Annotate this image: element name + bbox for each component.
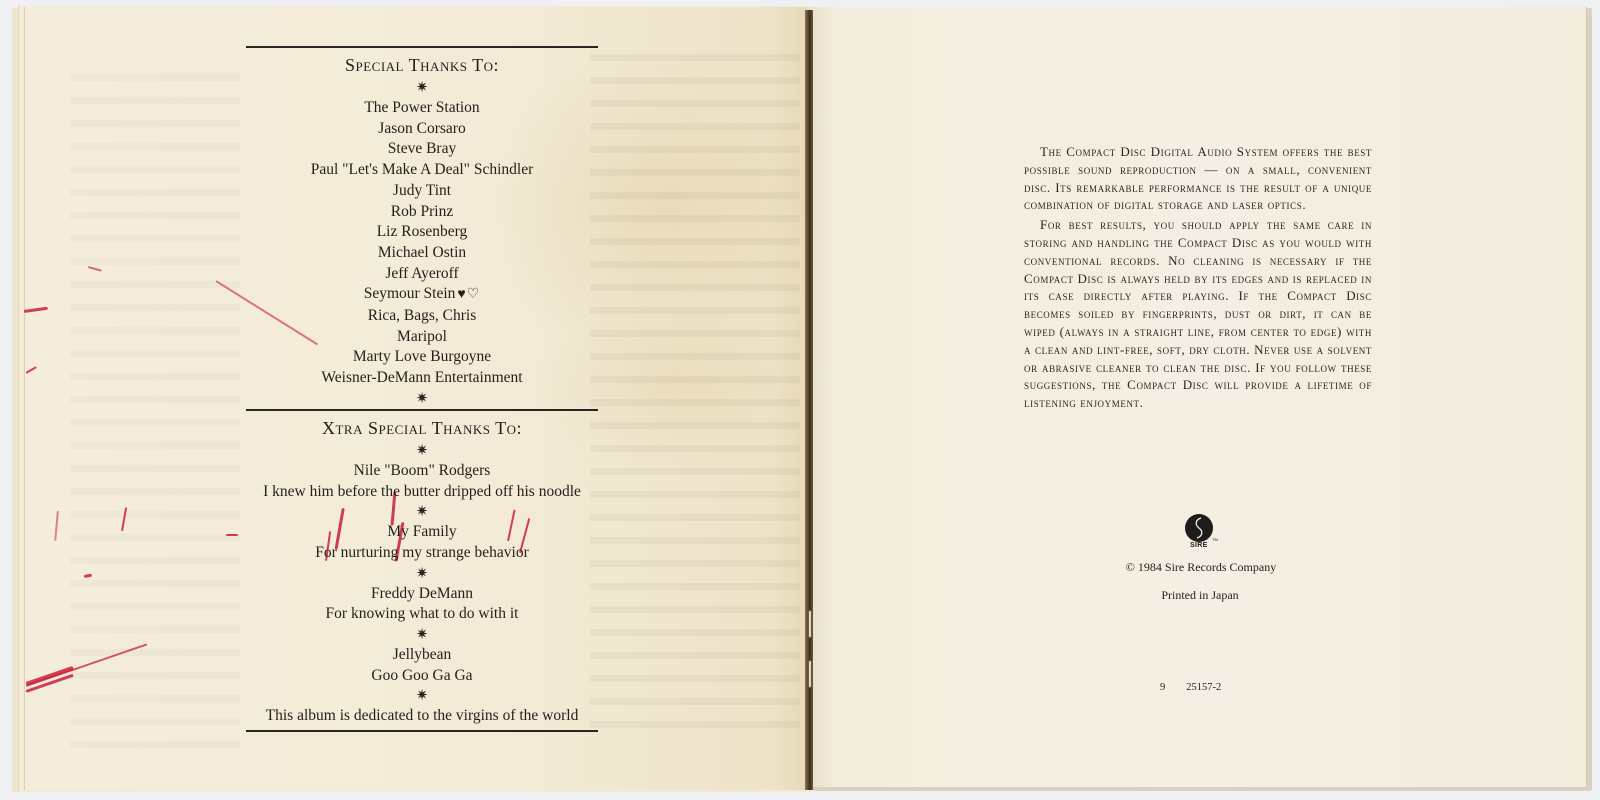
red-ink-mark [226, 534, 238, 536]
catalog-code: 25157-2 [1186, 682, 1221, 693]
xtra-credit-note: Goo Goo Ga Ga [246, 666, 598, 687]
bottom-rule [246, 730, 598, 732]
credit-name: Judy Tint [246, 181, 598, 202]
catalog-number: 9 25157-2 [1160, 682, 1221, 693]
catalog-prefix: 9 [1160, 682, 1165, 693]
star-separator-icon: ✷ [246, 686, 598, 706]
trademark-mark: TM [1212, 537, 1218, 542]
xtra-credit-note: For knowing what to do with it [246, 604, 598, 625]
star-separator-icon: ✷ [246, 78, 598, 98]
credit-name: Rica, Bags, Chris [246, 306, 598, 327]
credit-name: Seymour Stein [364, 285, 456, 302]
xtra-special-thanks-heading: Xtra Special Thanks To: [246, 415, 598, 441]
bleed-through-region [70, 60, 240, 750]
special-thanks-heading: Special Thanks To: [246, 52, 598, 78]
xtra-credit-name: Jellybean [246, 645, 598, 666]
staple [808, 660, 812, 688]
credit-name: Maripol [246, 327, 598, 348]
credit-name: Jeff Ayeroff [246, 264, 598, 285]
hearts-icon: ♥♡ [457, 287, 480, 302]
credit-name: Marty Love Burgoyne [246, 347, 598, 368]
sire-logo-label: SIRE [1190, 542, 1208, 549]
dedication: This album is dedicated to the virgins o… [246, 706, 598, 727]
cd-booklet-spread: Special Thanks To: ✷ The Power Station J… [0, 0, 1600, 800]
info-paragraph: The Compact Disc Digital Audio System of… [1024, 143, 1372, 214]
credits-block: Special Thanks To: ✷ The Power Station J… [246, 46, 598, 732]
compact-disc-care-text: The Compact Disc Digital Audio System of… [1024, 143, 1372, 412]
top-rule [246, 46, 598, 48]
credit-name: Paul "Let's Make A Deal" Schindler [246, 160, 598, 181]
copyright-notice: © 1984 Sire Records Company [1120, 560, 1282, 575]
star-separator-icon: ✷ [246, 625, 598, 645]
info-paragraph: For best results, you should apply the s… [1024, 216, 1372, 412]
credit-name: Weisner-DeMann Entertainment [246, 368, 598, 389]
xtra-credit-name: Nile "Boom" Rodgers [246, 461, 598, 482]
sire-logo-icon [1185, 514, 1213, 542]
section-rule [246, 409, 598, 411]
xtra-credit-note: I knew him before the butter dripped off… [246, 482, 598, 503]
credit-name: The Power Station [246, 98, 598, 119]
xtra-credit-note: For nurturing my strange behavior [246, 543, 598, 564]
credit-name: Jason Corsaro [246, 119, 598, 140]
xtra-credit-name: My Family [246, 522, 598, 543]
staple [808, 610, 812, 638]
credit-name: Michael Ostin [246, 243, 598, 264]
star-separator-icon: ✷ [246, 502, 598, 522]
printed-in-notice: Printed in Japan [1150, 588, 1250, 603]
star-separator-icon: ✷ [246, 564, 598, 584]
star-separator-icon: ✷ [246, 441, 598, 461]
bleed-through-region [590, 40, 800, 740]
credit-name-with-hearts: Seymour Stein♥♡ [246, 284, 598, 306]
star-separator-icon: ✷ [246, 389, 598, 409]
xtra-credit-name: Freddy DeMann [246, 584, 598, 605]
credit-name: Steve Bray [246, 139, 598, 160]
credit-name: Rob Prinz [246, 202, 598, 223]
credit-name: Liz Rosenberg [246, 222, 598, 243]
